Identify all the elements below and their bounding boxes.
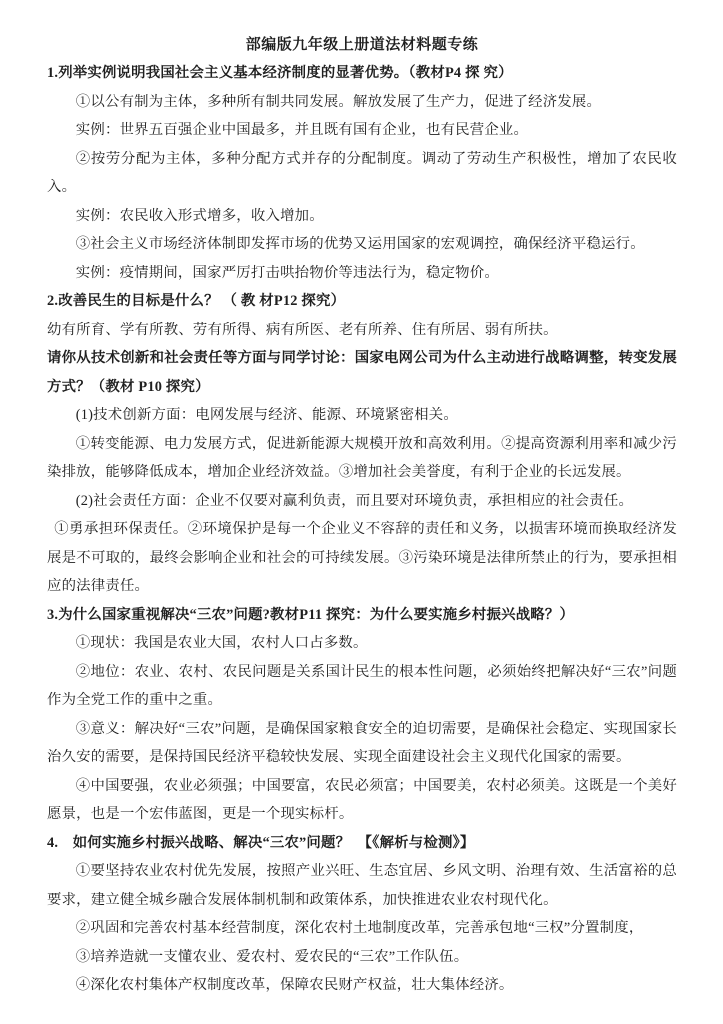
document-page: 部编版九年级上册道法材料题专练 1.列举实例说明我国社会主义基本经济制度的显著优… [0,0,723,1024]
answer-paragraph: ③社会主义市场经济体制即发挥市场的优势又运用国家的宏观调控，确保经济平稳运行。 [47,230,677,259]
answer-paragraph: ①转变能源、电力发展方式，促进新能源大规模开放和高效利用。②提高资源利用率和减少… [47,430,677,487]
answer-paragraph: ②按劳分配为主体，多种分配方式并存的分配制度。调动了劳动生产积极性，增加了农民收… [47,145,677,202]
paragraph-list: 1.列举实例说明我国社会主义基本经济制度的显著优势。（教材P4 探 究）①以公有… [47,59,677,1000]
answer-paragraph: ②地位：农业、农村、农民问题是关系国计民生的根本性问题，必须始终把解决好“三农”… [47,658,677,715]
answer-paragraph: 幼有所育、学有所教、劳有所得、病有所医、老有所养、住有所居、弱有所扶。 [47,316,677,345]
answer-paragraph: ④深化农村集体产权制度改革，保障农民财产权益，壮大集体经济。 [47,971,677,1000]
answer-paragraph: (2)社会责任方面：企业不仅要对赢利负责，而且要对环境负责，承担相应的社会责任。 [47,487,677,516]
answer-paragraph: ②巩固和完善农村基本经营制度，深化农村土地制度改革，完善承包地“三权”分置制度， [47,914,677,943]
question-heading: 4. 如何实施乡村振兴战略、解决“三农”问题？ 【《解析与检测》】 [47,829,677,858]
answer-paragraph: ③培养造就一支懂农业、爱农村、爱农民的“三农”工作队伍。 [47,943,677,972]
answer-paragraph: 实例：世界五百强企业中国最多，并且既有国有企业，也有民营企业。 [47,116,677,145]
document-body: 部编版九年级上册道法材料题专练 1.列举实例说明我国社会主义基本经济制度的显著优… [0,0,723,1000]
question-heading: 请你从技术创新和社会责任等方面与同学讨论：国家电网公司为什么主动进行战略调整，转… [47,344,677,401]
answer-paragraph: (1)技术创新方面：电网发展与经济、能源、环境紧密相关。 [47,401,677,430]
answer-paragraph: ①勇承担环保责任。②环境保护是每一个企业义不容辞的责任和义务，以损害环境而换取经… [47,515,677,601]
answer-paragraph: ③意义：解决好“三农”问题，是确保国家粮食安全的迫切需要，是确保社会稳定、实现国… [47,715,677,772]
document-title: 部编版九年级上册道法材料题专练 [47,31,677,59]
answer-paragraph: ④中国要强，农业必须强；中国要富，农民必须富；中国要美，农村必须美。这既是一个美… [47,772,677,829]
answer-paragraph: 实例：疫情期间，国家严厉打击哄抬物价等违法行为，稳定物价。 [47,259,677,288]
answer-paragraph: ①要坚持农业农村优先发展，按照产业兴旺、生态宜居、乡风文明、治理有效、生活富裕的… [47,857,677,914]
answer-paragraph: 实例：农民收入形式增多，收入增加。 [47,202,677,231]
answer-paragraph: ①以公有制为主体，多种所有制共同发展。解放发展了生产力，促进了经济发展。 [47,88,677,117]
question-heading: 2.改善民生的目标是什么？ （ 教 材P12 探究） [47,287,677,316]
question-heading: 3.为什么国家重视解决“三农”问题?教材P11 探究：为什么要实施乡村振兴战略？… [47,601,677,630]
answer-paragraph: ①现状：我国是农业大国，农村人口占多数。 [47,629,677,658]
question-heading: 1.列举实例说明我国社会主义基本经济制度的显著优势。（教材P4 探 究） [47,59,677,88]
